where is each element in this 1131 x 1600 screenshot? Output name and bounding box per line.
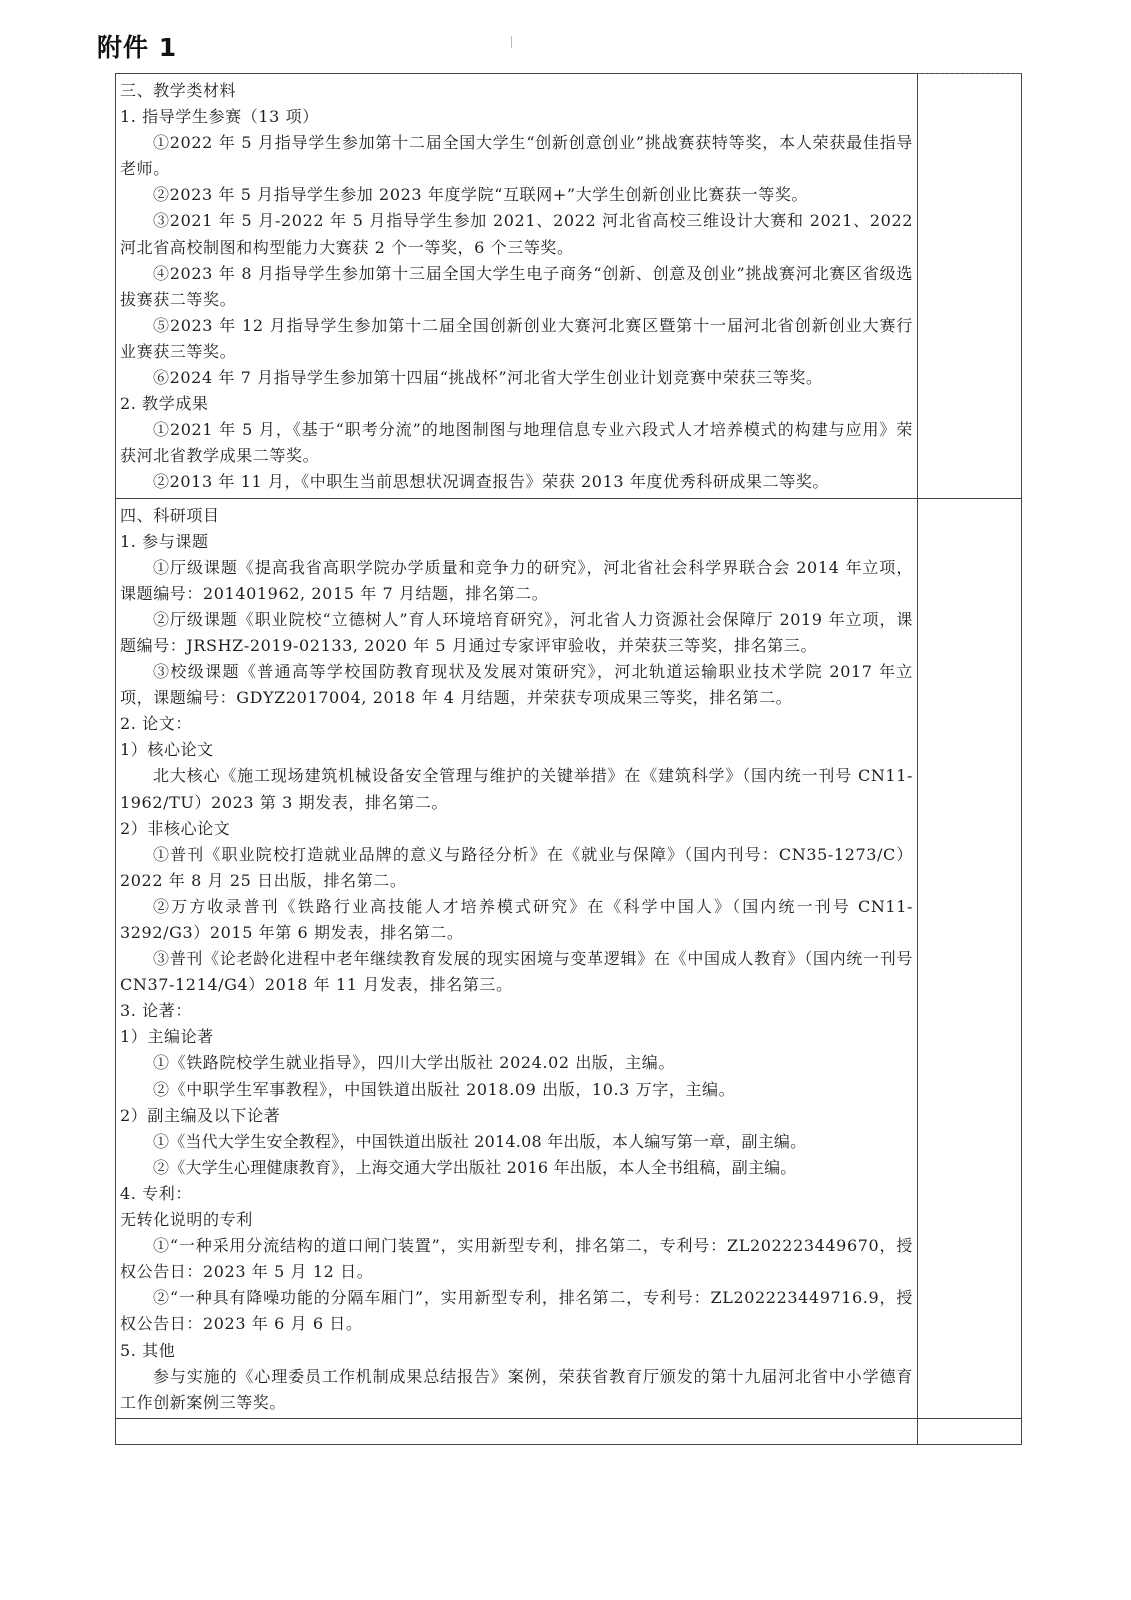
subsection-heading: 2. 论文： (120, 711, 913, 737)
table-row-teaching: 三、教学类材料 1. 指导学生参赛（13 项） ①2022 年 5 月指导学生参… (115, 73, 1022, 499)
subsection-heading: 3. 论著： (120, 998, 913, 1024)
side-cell (918, 73, 1022, 498)
list-item: ①厅级课题《提高我省高职学院办学质量和竞争力的研究》，河北省社会科学界联合会 2… (120, 555, 913, 607)
table-row-research: 四、科研项目 1. 参与课题 ①厅级课题《提高我省高职学院办学质量和竞争力的研究… (115, 499, 1022, 1419)
sub-subsection-heading: 1）核心论文 (120, 737, 913, 763)
subsection-heading: 2. 教学成果 (120, 391, 913, 417)
list-item: ⑤2023 年 12 月指导学生参加第十二届全国创新创业大赛河北赛区暨第十一届河… (120, 313, 913, 365)
side-cell (918, 499, 1022, 1418)
list-item: ②2013 年 11 月，《中职生当前思想状况调查报告》荣获 2013 年度优秀… (120, 469, 913, 495)
research-cell: 四、科研项目 1. 参与课题 ①厅级课题《提高我省高职学院办学质量和竞争力的研究… (115, 499, 918, 1418)
teaching-materials-cell: 三、教学类材料 1. 指导学生参赛（13 项） ①2022 年 5 月指导学生参… (115, 74, 918, 498)
scan-mark (511, 36, 512, 48)
subsection-heading: 4. 专利： (120, 1181, 913, 1207)
empty-cell (115, 1419, 918, 1444)
sub-subsection-heading: 2）副主编及以下论著 (120, 1103, 913, 1129)
side-cell (918, 1419, 1022, 1444)
list-item: ①2022 年 5 月指导学生参加第十二届全国大学生“创新创意创业”挑战赛获特等… (120, 130, 913, 182)
section-title: 四、科研项目 (120, 503, 913, 529)
list-item: ②2023 年 5 月指导学生参加 2023 年度学院“互联网+”大学生创新创业… (120, 182, 913, 208)
table-row-empty (115, 1419, 1022, 1445)
section-title: 三、教学类材料 (120, 78, 913, 104)
list-item: ④2023 年 8 月指导学生参加第十三届全国大学生电子商务“创新、创意及创业”… (120, 261, 913, 313)
sub-subsection-heading: 无转化说明的专利 (120, 1207, 913, 1233)
materials-table: 三、教学类材料 1. 指导学生参赛（13 项） ①2022 年 5 月指导学生参… (115, 73, 1022, 1445)
list-item: ①《当代大学生安全教程》，中国铁道出版社 2014.08 年出版，本人编写第一章… (120, 1129, 913, 1155)
list-item: ②《大学生心理健康教育》，上海交通大学出版社 2016 年出版，本人全书组稿，副… (120, 1155, 913, 1181)
list-item: ③普刊《论老龄化进程中老年继续教育发展的现实困境与变革逻辑》在《中国成人教育》（… (120, 946, 913, 998)
list-item: ②“一种具有降噪功能的分隔车厢门”，实用新型专利，排名第二，专利号：ZL2022… (120, 1285, 913, 1337)
list-item: ①2021 年 5 月，《基于“职考分流”的地图制图与地理信息专业六段式人才培养… (120, 417, 913, 469)
list-item: ⑥2024 年 7 月指导学生参加第十四届“挑战杯”河北省大学生创业计划竞赛中荣… (120, 365, 913, 391)
list-item: ①“一种采用分流结构的道口闸门装置”，实用新型专利，排名第二，专利号：ZL202… (120, 1233, 913, 1285)
attachment-label: 附件 1 (97, 28, 177, 64)
sub-subsection-heading: 1）主编论著 (120, 1024, 913, 1050)
subsection-heading: 1. 参与课题 (120, 529, 913, 555)
list-item: 参与实施的《心理委员工作机制成果总结报告》案例，荣获省教育厅颁发的第十九届河北省… (120, 1364, 913, 1416)
list-item: 北大核心《施工现场建筑机械设备安全管理与维护的关键举措》在《建筑科学》（国内统一… (120, 763, 913, 815)
subsection-heading: 1. 指导学生参赛（13 项） (120, 104, 913, 130)
sub-subsection-heading: 2）非核心论文 (120, 816, 913, 842)
list-item: ②万方收录普刊《铁路行业高技能人才培养模式研究》在《科学中国人》（国内统一刊号 … (120, 894, 913, 946)
list-item: ①《铁路院校学生就业指导》，四川大学出版社 2024.02 出版，主编。 (120, 1050, 913, 1076)
subsection-heading: 5. 其他 (120, 1338, 913, 1364)
list-item: ②《中职学生军事教程》，中国铁道出版社 2018.09 出版，10.3 万字，主… (120, 1077, 913, 1103)
list-item: ③校级课题《普通高等学校国防教育现状及发展对策研究》，河北轨道运输职业技术学院 … (120, 659, 913, 711)
list-item: ②厅级课题《职业院校“立德树人”育人环境培育研究》，河北省人力资源社会保障厅 2… (120, 607, 913, 659)
list-item: ③2021 年 5 月-2022 年 5 月指导学生参加 2021、2022 河… (120, 208, 913, 260)
list-item: ①普刊《职业院校打造就业品牌的意义与路径分析》在《就业与保障》（国内刊号：CN3… (120, 842, 913, 894)
